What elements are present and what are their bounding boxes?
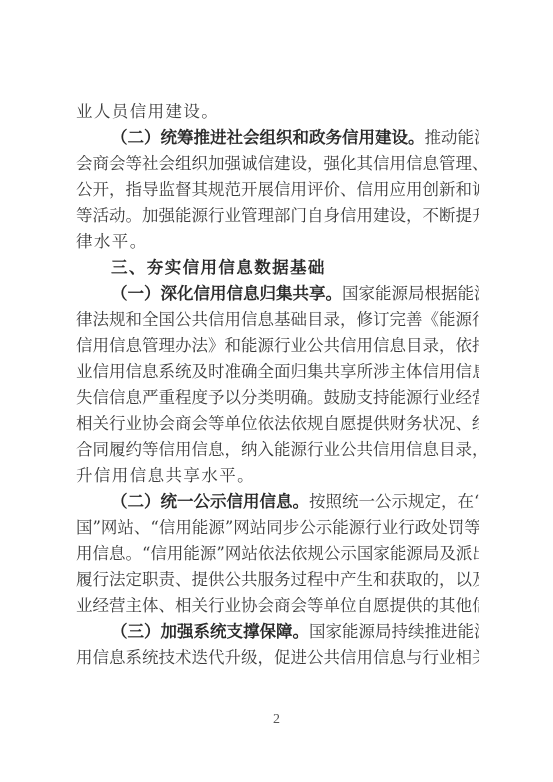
text-line: 律水平。 (76, 229, 479, 255)
text-line: 国”网站、“信用能源”网站同步公示能源行业行政处罚等公共信 (76, 515, 479, 541)
page-number: 2 (0, 712, 553, 728)
section-heading: 三、夯实信用信息数据基础 (111, 255, 479, 281)
text-line: 用信息系统技术迭代升级，促进公共信用信息与行业相关部门、 (76, 645, 479, 671)
text-line: 等活动。加强能源行业管理部门自身信用建设，不断提升诚信自 (76, 203, 479, 229)
text-line: 信用信息管理办法》和能源行业公共信用信息目录，依托能源行 (76, 333, 479, 359)
text-line: 律法规和全国公共信用信息基础目录，修订完善《能源行业公共 (76, 307, 479, 333)
text-line: 会商会等社会组织加强诚信建设，强化其信用信息管理、共享、 (76, 151, 479, 177)
text-line: 相关行业协会商会等单位依法依规自愿提供财务状况、经营业绩、 (76, 411, 479, 437)
text-line: 业人员信用建设。 (76, 99, 479, 125)
subsection-heading-line: （二）统筹推进社会组织和政务信用建设。推动能源行业协 (111, 125, 479, 151)
text-line: 公开，指导监督其规范开展信用评价、信用应用创新和诚信自律 (76, 177, 479, 203)
text-line: 业信用信息系统及时准确全面归集共享所涉主体信用信息，并对 (76, 359, 479, 385)
subsection-heading-line: （二）统一公示信用信息。按照统一公示规定，在“信用中 (111, 489, 479, 515)
subsection-heading-line: （三）加强系统支撑保障。国家能源局持续推进能源行业信 (111, 619, 479, 645)
text-line: 升信用信息共享水平。 (76, 463, 479, 489)
subsection-title: （一）深化信用信息归集共享。 (111, 284, 342, 303)
subsection-title: （二）统筹推进社会组织和政务信用建设。 (111, 128, 425, 147)
text-line: 履行法定职责、提供公共服务过程中产生和获取的，以及能源行 (76, 567, 479, 593)
text-line: 业经营主体、相关行业协会商会等单位自愿提供的其他信用信息。 (76, 593, 479, 619)
subsection-heading-line: （一）深化信用信息归集共享。国家能源局根据能源行业法 (111, 281, 479, 307)
text-line: 用信息。“信用能源”网站依法依规公示国家能源局及派出机构在 (76, 541, 479, 567)
text-line: 失信信息严重程度予以分类明确。鼓励支持能源行业经营主体、 (76, 385, 479, 411)
subsection-title: （二）统一公示信用信息。 (111, 492, 309, 511)
text-line: 合同履约等信用信息，纳入能源行业公共信用信息目录，不断提 (76, 437, 479, 463)
subsection-title: （三）加强系统支撑保障。 (111, 622, 309, 641)
document-page: 业人员信用建设。 （二）统筹推进社会组织和政务信用建设。推动能源行业协 会商会等… (0, 0, 553, 782)
